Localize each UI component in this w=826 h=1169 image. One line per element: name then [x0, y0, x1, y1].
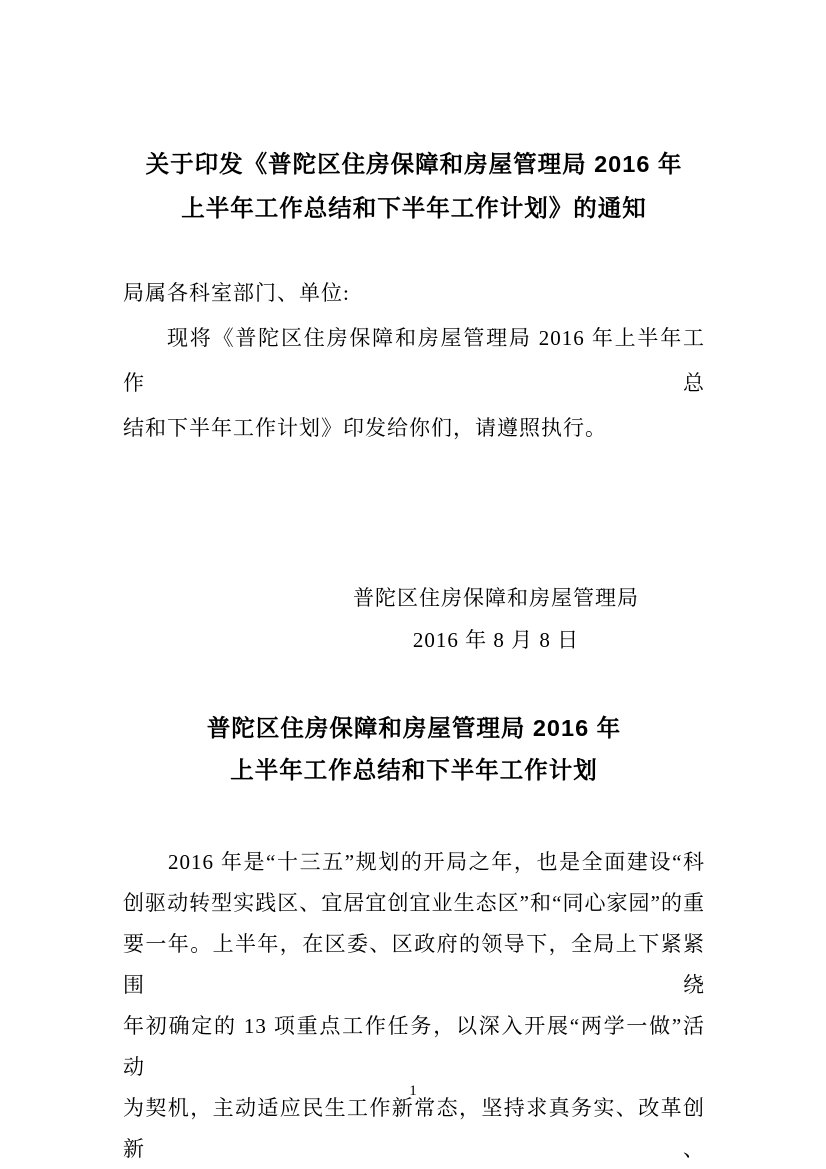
salutation-line: 局属各科室部门、单位: [123, 271, 705, 315]
report-paragraph-line: 要一年。上半年，在区委、区政府的领导下，全局上下紧紧围绕 [123, 924, 705, 1006]
notice-title-line-1: 关于印发《普陀区住房保障和房屋管理局 2016 年 [123, 142, 705, 186]
report-paragraph-line: 2016 年是“十三五”规划的开局之年，也是全面建设“科 [123, 842, 705, 883]
report-paragraph-line: 年初确定的 13 项重点工作任务，以深入开展“两学一做”活动 [123, 1006, 705, 1088]
notice-body-line-1: 现将《普陀区住房保障和房屋管理局 2016 年上半年工作总 [123, 316, 705, 406]
report-title-line-2: 上半年工作总结和下半年工作计划 [123, 749, 705, 791]
notice-title: 关于印发《普陀区住房保障和房屋管理局 2016 年 上半年工作总结和下半年工作计… [123, 142, 705, 230]
report-title-line-1: 普陀区住房保障和房屋管理局 2016 年 [123, 707, 705, 749]
notice-body-line-2: 结和下半年工作计划》印发给你们，请遵照执行。 [123, 406, 705, 451]
report-paragraph: 2016 年是“十三五”规划的开局之年，也是全面建设“科 创驱动转型实践区、宜居… [123, 842, 705, 1169]
signer-name: 普陀区住房保障和房屋管理局 [288, 577, 704, 619]
notice-title-line-2: 上半年工作总结和下半年工作计划》的通知 [123, 186, 705, 230]
notice-body: 现将《普陀区住房保障和房屋管理局 2016 年上半年工作总 结和下半年工作计划》… [123, 316, 705, 451]
report-paragraph-line: 创驱动转型实践区、宜居宜创宜业生态区”和“同心家园”的重 [123, 883, 705, 924]
document-page: 关于印发《普陀区住房保障和房屋管理局 2016 年 上半年工作总结和下半年工作计… [0, 0, 826, 1169]
report-title: 普陀区住房保障和房屋管理局 2016 年 上半年工作总结和下半年工作计划 [123, 707, 705, 791]
salutation: 局属各科室部门、单位: [123, 271, 705, 315]
page-number: 1 [0, 1081, 826, 1101]
signature-date: 2016 年 8 月 8 日 [288, 619, 704, 661]
signature-block: 普陀区住房保障和房屋管理局 2016 年 8 月 8 日 [288, 577, 704, 661]
